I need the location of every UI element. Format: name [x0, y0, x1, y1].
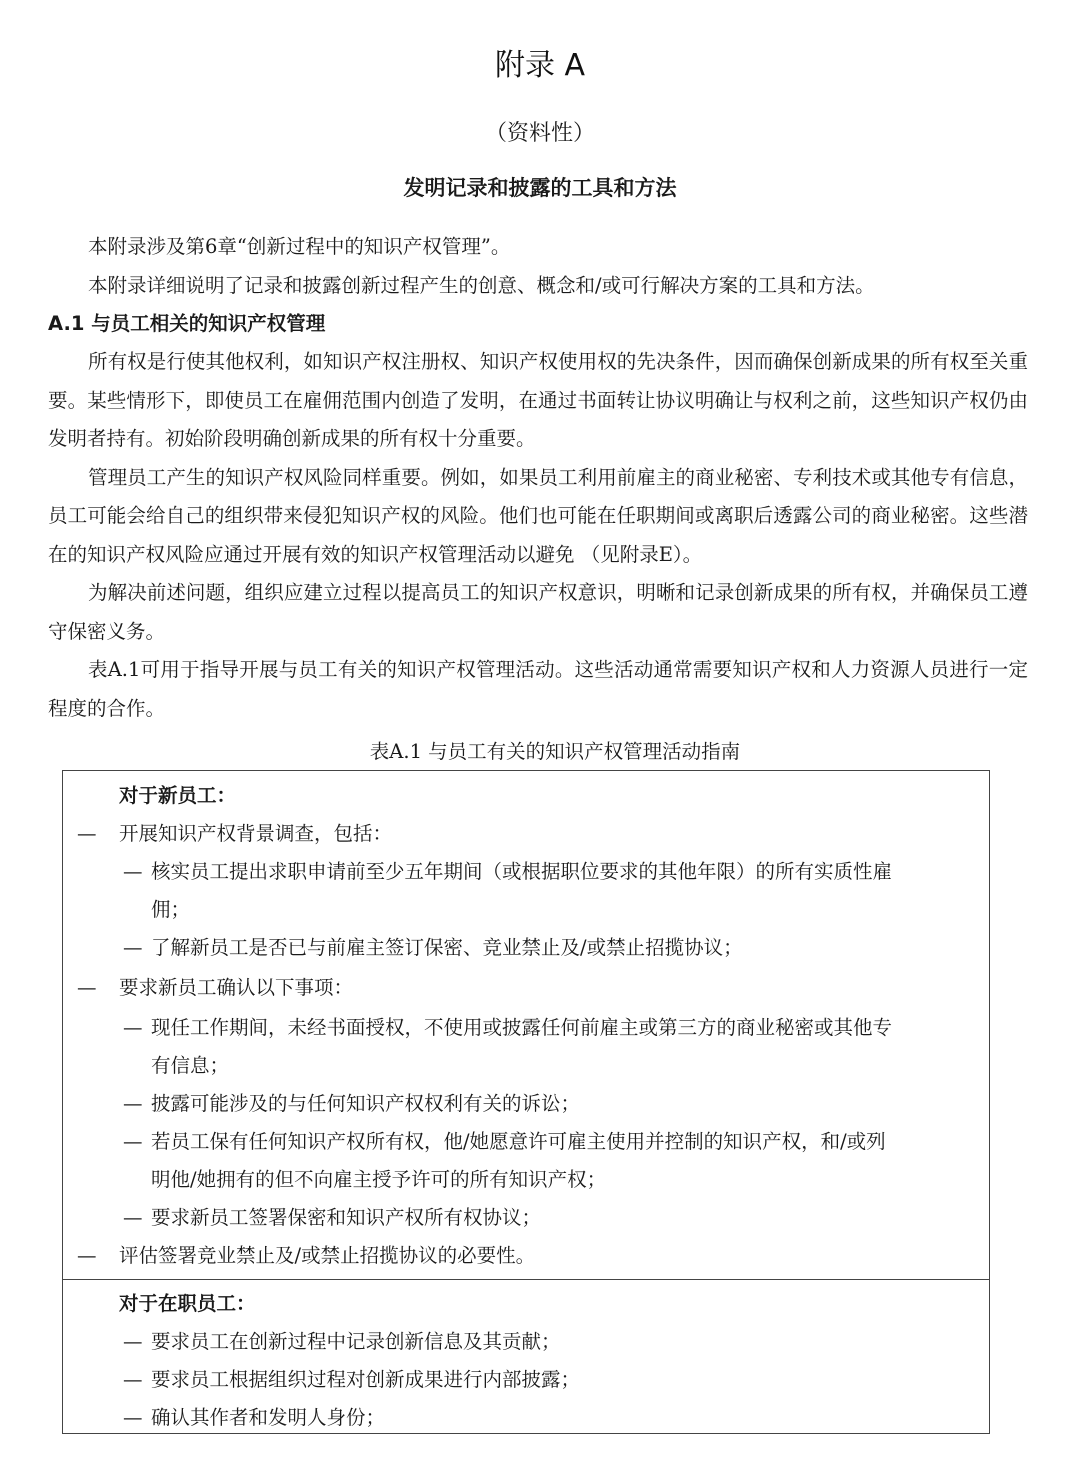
table-cell-new-employees: 对于新员工： — 开展知识产权背景调查，包括： — 核实员工提出求职申请前至少五…	[63, 771, 989, 1280]
intro-paragraph: 本附录涉及第6章“创新过程中的知识产权管理”。	[48, 228, 1028, 267]
dash-bullet: —	[77, 1237, 97, 1275]
table-caption: 表A.1 与员工有关的知识产权管理活动指南	[0, 736, 1080, 768]
cell-title: 对于在职员工：	[119, 1285, 256, 1323]
section-paragraph: 为解决前述问题，组织应建立过程以提高员工的知识产权意识，明晰和记录创新成果的所有…	[48, 574, 1028, 651]
dash-bullet: —	[123, 929, 143, 967]
dash-bullet: —	[123, 1199, 143, 1237]
dash-bullet: —	[123, 1123, 143, 1161]
dash-bullet: —	[123, 1361, 143, 1399]
intro-paragraph: 本附录详细说明了记录和披露创新过程产生的创意、概念和/或可行解决方案的工具和方法…	[48, 267, 1028, 306]
section-paragraph: 表A.1可用于指导开展与员工有关的知识产权管理活动。这些活动通常需要知识产权和人…	[48, 651, 1028, 728]
section-paragraph: 管理员工产生的知识产权风险同样重要。例如，如果员工利用前雇主的商业秘密、专利技术…	[48, 459, 1028, 575]
dash-bullet: —	[123, 1009, 143, 1047]
section-title: A.1 与员工相关的知识产权管理	[48, 305, 1028, 343]
dash-bullet: —	[123, 1323, 143, 1361]
dash-bullet: —	[123, 853, 143, 891]
dash-bullet: —	[77, 969, 97, 1007]
guidance-table: 对于新员工： — 开展知识产权背景调查，包括： — 核实员工提出求职申请前至少五…	[62, 770, 990, 1434]
dash-bullet: —	[77, 815, 97, 853]
appendix-subtitle: （资料性）	[0, 118, 1080, 150]
appendix-title: 附录 A	[0, 46, 1080, 86]
document-body: 本附录涉及第6章“创新过程中的知识产权管理”。 本附录详细说明了记录和披露创新过…	[48, 228, 1028, 728]
table-cell-current-employees: 对于在职员工： — 要求员工在创新过程中记录创新信息及其贡献； — 要求员工根据…	[63, 1279, 989, 1433]
cell-title: 对于新员工：	[119, 777, 236, 815]
section-paragraph: 所有权是行使其他权利，如知识产权注册权、知识产权使用权的先决条件，因而确保创新成…	[48, 343, 1028, 459]
dash-bullet: —	[123, 1399, 143, 1437]
dash-bullet: —	[123, 1085, 143, 1123]
appendix-heading: 发明记录和披露的工具和方法	[0, 172, 1080, 204]
